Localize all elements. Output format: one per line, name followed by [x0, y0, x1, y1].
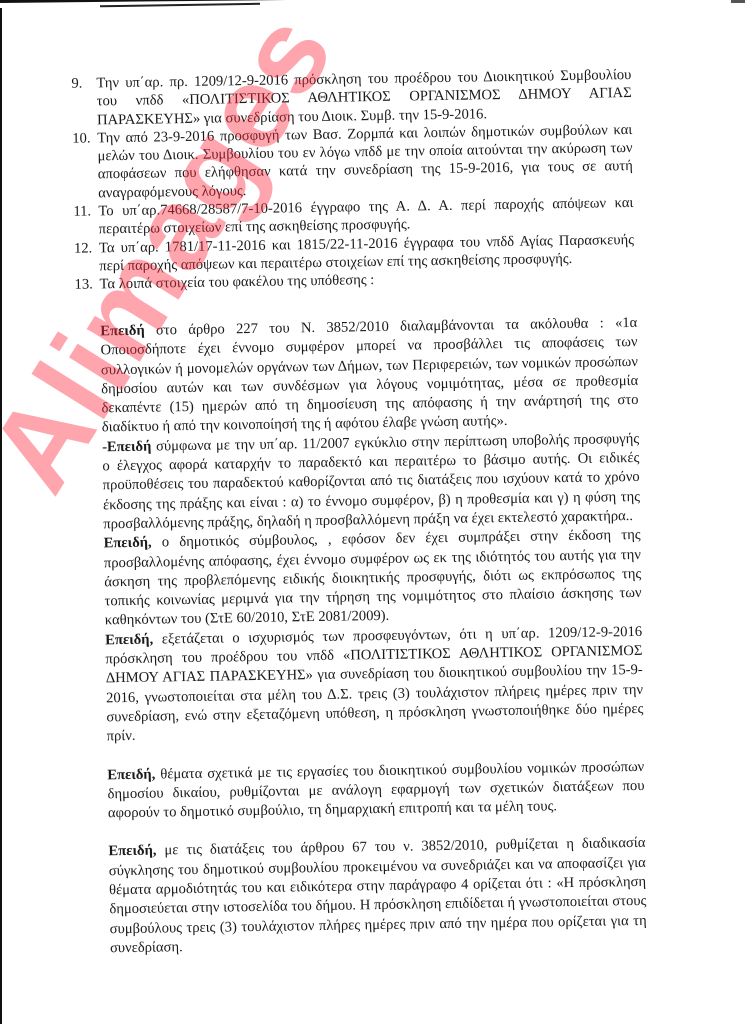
paragraph: Επειδή στο άρθρο 227 του Ν. 3852/2010 δι… — [100, 314, 639, 438]
scanned-page: 9.Την υπ΄αρ. πρ. 1209/12-9-2016 πρόσκλησ… — [0, 0, 745, 1024]
paragraph-text: ο δημοτικός σύμβουλος, , εφόσον δεν έχει… — [104, 527, 642, 629]
paragraph-lead: -Επειδή — [102, 438, 151, 455]
recitals-body: Επειδή στο άρθρο 227 του Ν. 3852/2010 δι… — [100, 314, 647, 959]
item-number: 10. — [72, 129, 98, 203]
item-text: Την υπ΄αρ. πρ. 1209/12-9-2016 πρόσκληση … — [96, 66, 632, 129]
paragraph-lead: Επειδή — [100, 323, 145, 340]
item-number: 11. — [73, 202, 99, 239]
paragraph-lead: Επειδή, — [107, 766, 155, 783]
paragraph-lead: Επειδή, — [104, 535, 152, 552]
paragraph: -Επειδή σύμφωνα με την υπ΄αρ. 11/2007 εγ… — [102, 430, 640, 535]
item-text: Την από 23-9-2016 προσφυγή των Βασ. Ζορμ… — [97, 121, 633, 203]
paragraph: Επειδή, θέματα σχετικά με τις εργασίες τ… — [107, 757, 645, 823]
item-number: 9. — [71, 74, 97, 129]
item-number: 13. — [74, 276, 99, 295]
paragraph-text: θέματα σχετικά με τις εργασίες του διοικ… — [107, 758, 644, 821]
paragraph-lead: Επειδή, — [105, 631, 153, 648]
paragraph: Επειδή, ο δημοτικός σύμβουλος, , εφόσον … — [104, 526, 642, 631]
paragraph-text: εξετάζεται ο ισχυρισμός των προσφευγόντω… — [105, 624, 643, 745]
list-item: 9.Την υπ΄αρ. πρ. 1209/12-9-2016 πρόσκλησ… — [71, 66, 632, 130]
paragraph: Επειδή, εξετάζεται ο ισχυρισμός των προσ… — [105, 623, 644, 747]
item-number: 12. — [74, 239, 100, 276]
paragraph-text: με τις διατάξεις του άρθρου 67 του ν. 38… — [109, 835, 647, 956]
paragraph-lead: Επειδή, — [108, 843, 156, 860]
paragraph: Επειδή, με τις διατάξεις του άρθρου 67 τ… — [108, 834, 647, 958]
numbered-list: 9.Την υπ΄αρ. πρ. 1209/12-9-2016 πρόσκλησ… — [71, 66, 634, 294]
list-item: 10.Την από 23-9-2016 προσφυγή των Βασ. Ζ… — [72, 121, 633, 203]
paragraph-text: σύμφωνα με την υπ΄αρ. 11/2007 εγκύκλιο σ… — [102, 431, 640, 533]
paragraph-text: στο άρθρο 227 του Ν. 3852/2010 διαλαμβάν… — [100, 315, 638, 436]
